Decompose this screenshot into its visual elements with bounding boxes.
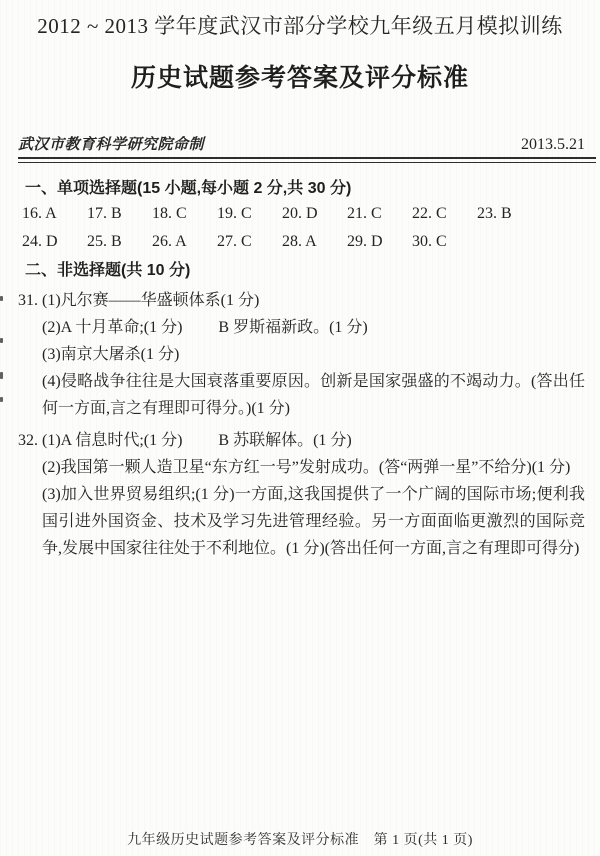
answer-cell: 21. C — [347, 200, 408, 228]
answer-cell: 30. C — [412, 228, 447, 256]
page-footer: 九年级历史试题参考答案及评分标准 第 1 页(共 1 页) — [0, 831, 600, 851]
meta-row: 武汉市教育科学研究院命制 2013.5.21 — [18, 134, 585, 154]
exam-session-title: 2012 ~ 2013 学年度武汉市部分学校九年级五月模拟训练 — [0, 0, 600, 40]
answer-cell: 17. B — [87, 200, 148, 228]
answer-key-title: 历史试题参考答案及评分标准 — [0, 63, 600, 93]
scan-artifact — [0, 296, 3, 301]
answer-cell: 16. A — [22, 200, 83, 228]
question-31: 31. (1)凡尔赛——华盛顿体系(1 分) (2)A 十月革命;(1 分) B… — [18, 287, 585, 422]
issuer-text: 武汉市教育科学研究院命制 — [18, 133, 204, 154]
scan-artifact — [0, 397, 3, 402]
question-part: (3)南京大屠杀(1 分) — [42, 341, 585, 368]
question-part: (4)侵略战争往往是大国衰落重要原因。创新是国家强盛的不竭动力。(答出任何一方面… — [42, 368, 585, 422]
answer-cell: 28. A — [282, 228, 343, 256]
question-first-line: 31. (1)凡尔赛——华盛顿体系(1 分) — [18, 287, 585, 314]
question-part: (1)A 信息时代;(1 分) B 苏联解体。(1 分) — [42, 427, 585, 454]
answer-row-2: 24. D 25. B 26. A 27. C 28. A 29. D 30. … — [22, 228, 585, 256]
date-text: 2013.5.21 — [521, 136, 585, 154]
question-number: 31. — [18, 287, 42, 314]
scan-artifact — [0, 372, 3, 379]
answer-cell: 18. C — [152, 200, 213, 228]
question-32: 32. (1)A 信息时代;(1 分) B 苏联解体。(1 分) (2)我国第一… — [18, 427, 585, 562]
section1-heading: 一、单项选择题(15 小题,每小题 2 分,共 30 分) — [25, 178, 585, 200]
answer-cell: 19. C — [217, 200, 278, 228]
question-part: (2)A 十月革命;(1 分) B 罗斯福新政。(1 分) — [42, 314, 585, 341]
answer-cell: 27. C — [217, 228, 278, 256]
document-page: 2012 ~ 2013 学年度武汉市部分学校九年级五月模拟训练 历史试题参考答案… — [0, 0, 600, 856]
answer-cell: 22. C — [412, 200, 473, 228]
answer-cell: 23. B — [477, 200, 512, 228]
section2-heading: 二、非选择题(共 10 分) — [25, 260, 585, 282]
question-part: (2)我国第一颗人造卫星“东方红一号”发射成功。(答“两弹一星”不给分)(1 分… — [42, 454, 585, 481]
answer-row-1: 16. A 17. B 18. C 19. C 20. D 21. C 22. … — [22, 200, 585, 228]
question-part: (3)加入世界贸易组织;(1 分)一方面,这我国提供了一个广阔的国际市场;便利我… — [42, 481, 585, 562]
answer-cell: 26. A — [152, 228, 213, 256]
question-first-line: 32. (1)A 信息时代;(1 分) B 苏联解体。(1 分) — [18, 427, 585, 454]
answer-cell: 29. D — [347, 228, 408, 256]
header-divider — [18, 157, 596, 163]
question-part: (1)凡尔赛——华盛顿体系(1 分) — [42, 287, 585, 314]
answer-cell: 24. D — [22, 228, 83, 256]
answer-cell: 25. B — [87, 228, 148, 256]
answer-cell: 20. D — [282, 200, 343, 228]
scan-artifact — [0, 338, 3, 343]
question-number: 32. — [18, 427, 42, 454]
